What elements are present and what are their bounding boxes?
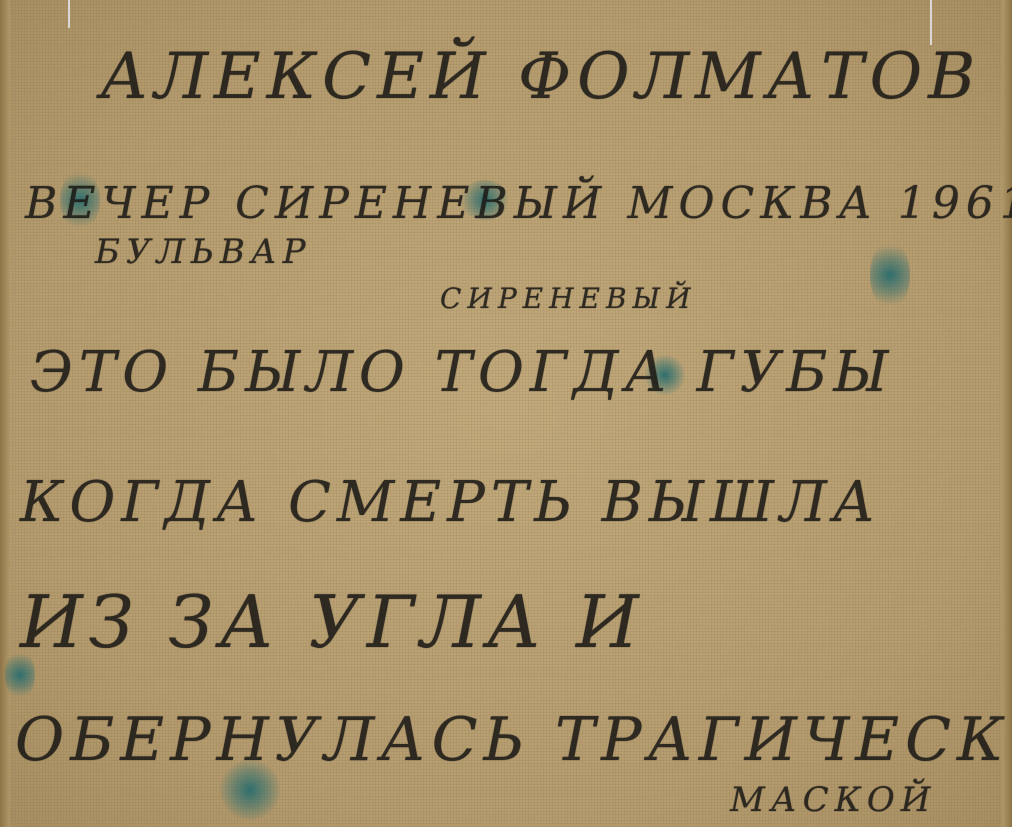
ink-stain — [870, 240, 910, 310]
burlap-canvas — [0, 0, 1012, 827]
text-line: ОБЕРНУЛАСЬ ТРАГИЧЕСКОЙ — [15, 705, 1012, 775]
text-line: БУЛЬВАР — [95, 232, 311, 272]
text-line: ЭТО БЫЛО ТОГДА ГУБЫ — [30, 340, 894, 405]
canvas-right-edge — [1002, 0, 1012, 827]
hanging-pin-right — [930, 0, 932, 45]
text-line: МАСКОЙ — [730, 780, 936, 820]
text-line: АЛЕКСЕЙ ФОЛМАТОВ — [100, 40, 981, 114]
text-line: ИЗ ЗА УГЛА И — [20, 580, 645, 664]
text-line: ВЕЧЕР СИРЕНЕВЫЙ МОСКВА 1961 — [25, 178, 1012, 229]
text-line: СИРЕНЕВЫЙ — [440, 282, 697, 315]
hanging-pin-left — [68, 0, 70, 28]
text-line: КОГДА СМЕРТЬ ВЫШЛА — [20, 470, 881, 535]
canvas-left-edge — [0, 0, 10, 827]
